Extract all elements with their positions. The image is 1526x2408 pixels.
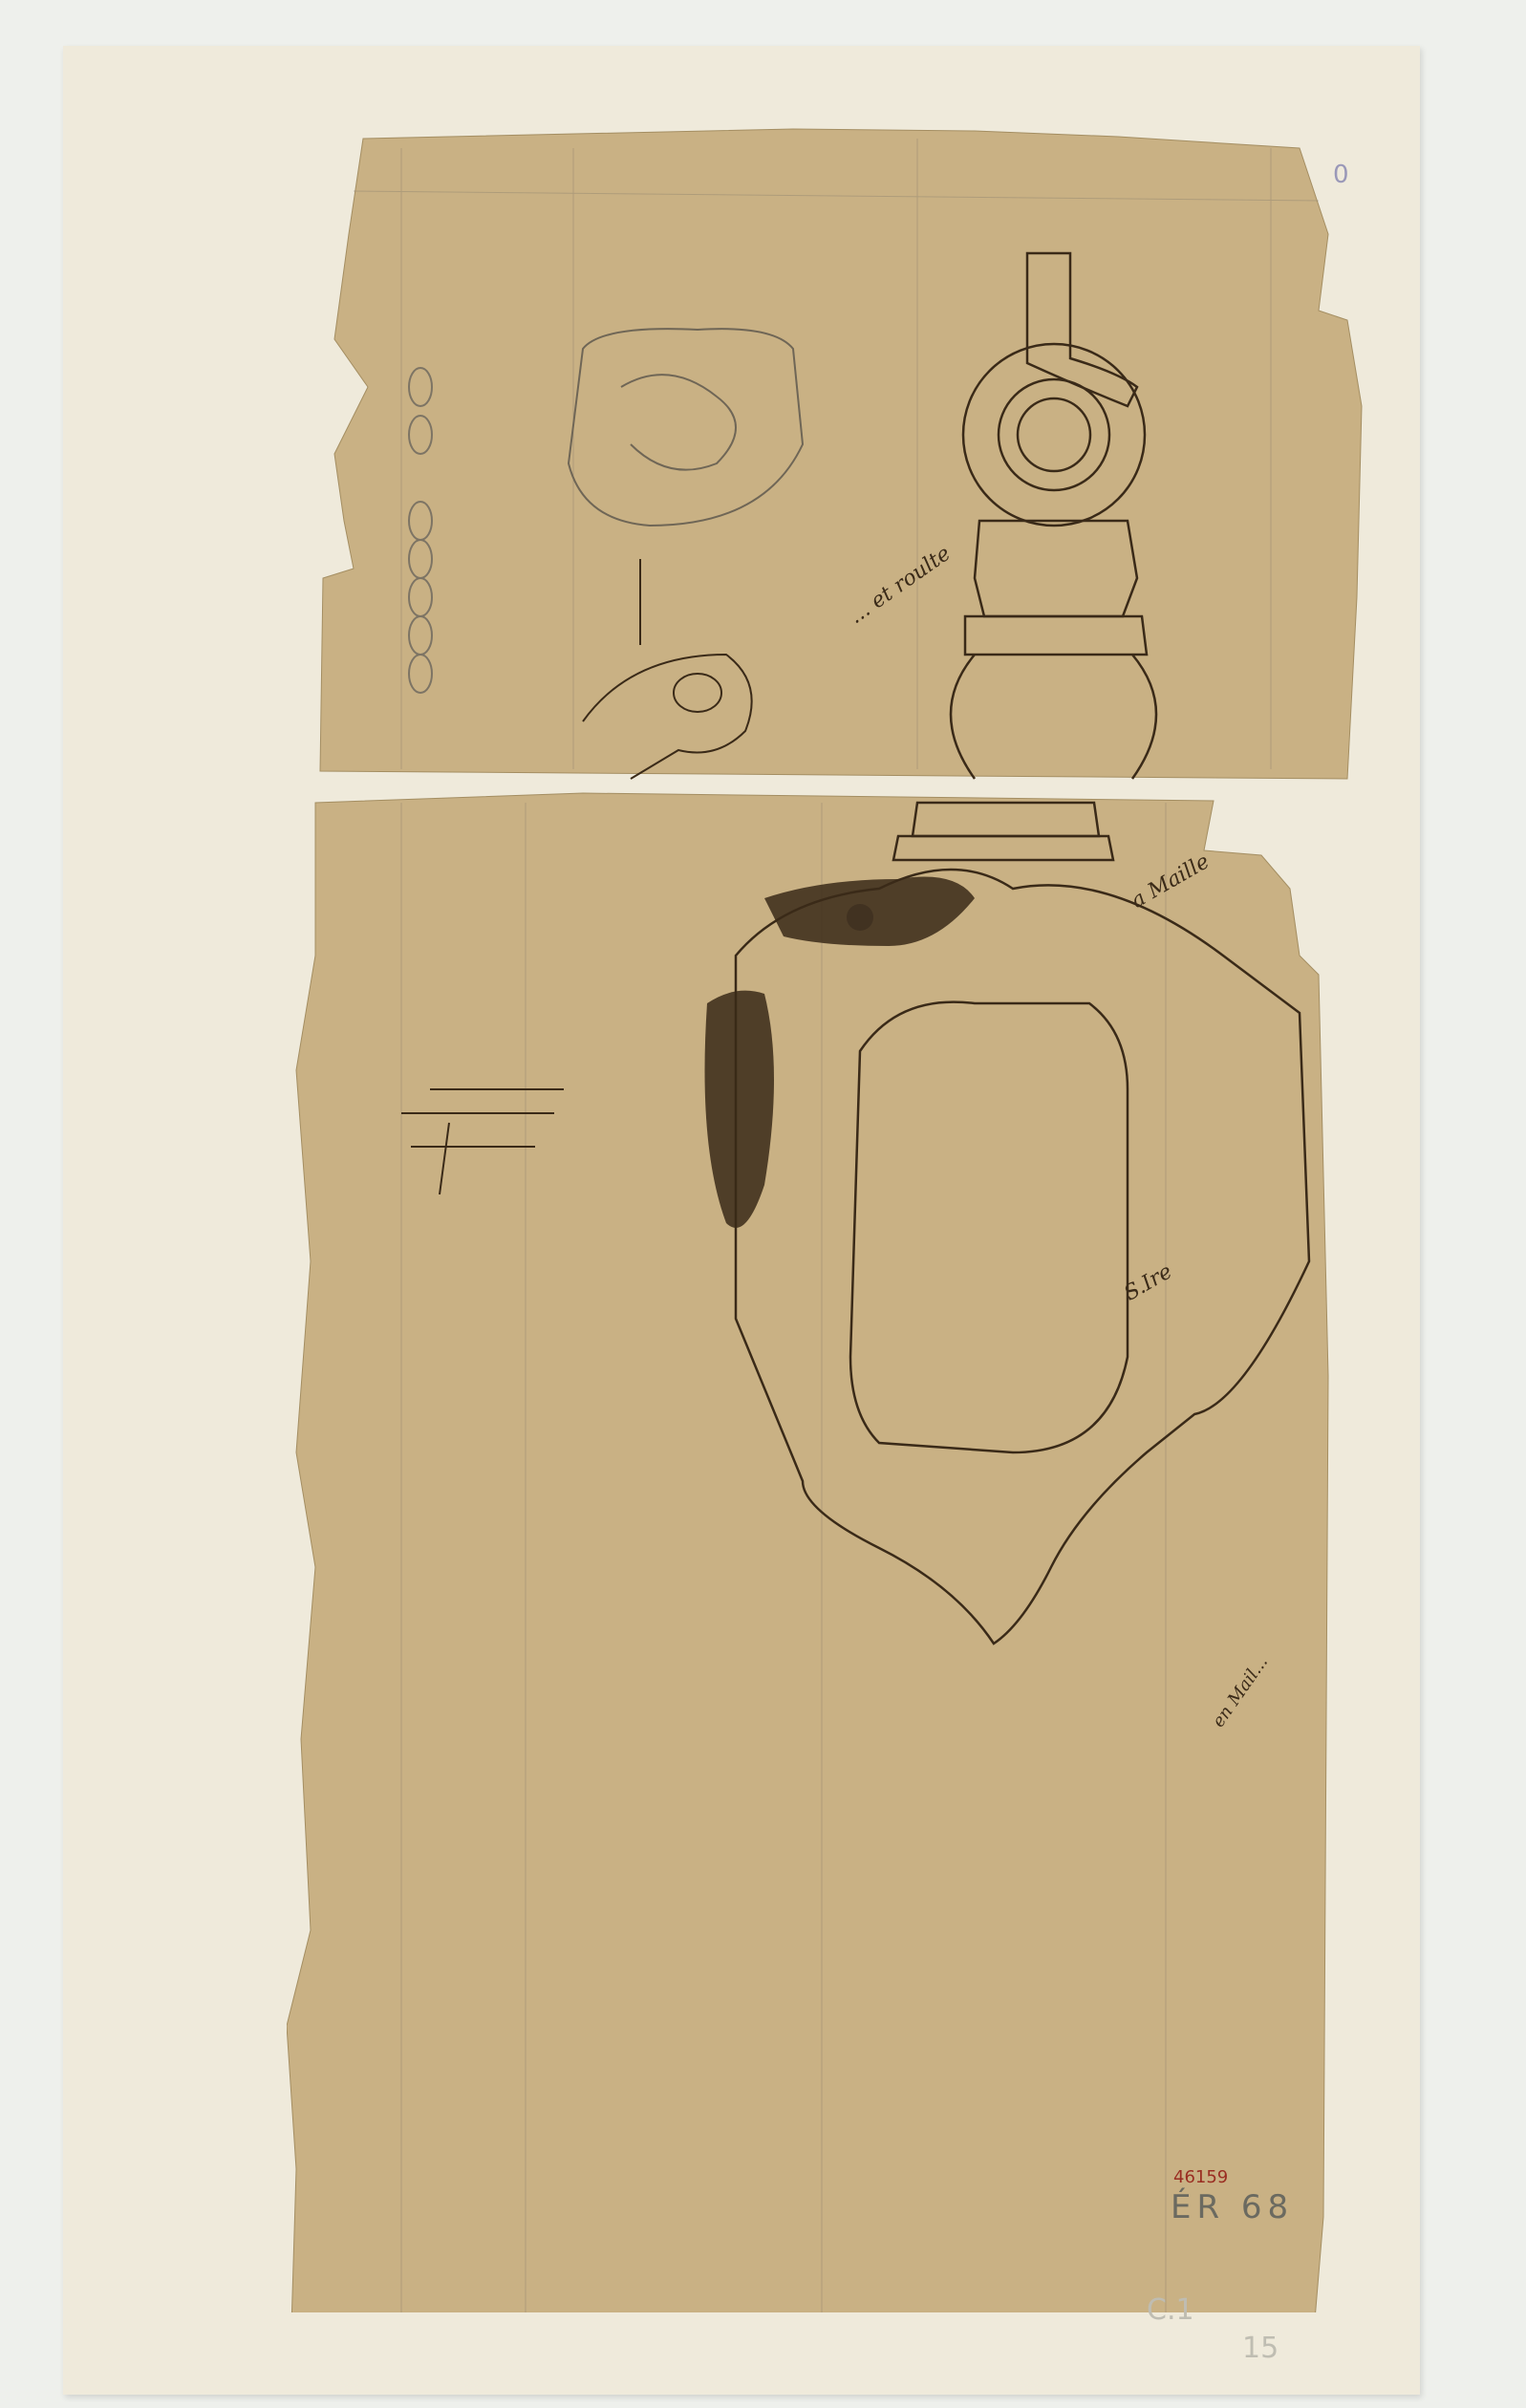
inventory-number: 46159 (1173, 2167, 1228, 2187)
tracing-paper-bottom-fragment (287, 784, 1366, 2312)
mount-pencil-mark-2: 15 (1242, 2332, 1279, 2365)
mount-pencil-mark: C.1 (1147, 2293, 1194, 2327)
tracing-paper-top-fragment (315, 119, 1386, 788)
corner-mark: 0 (1333, 161, 1349, 189)
collection-mark: ÉR 68 (1171, 2188, 1294, 2226)
